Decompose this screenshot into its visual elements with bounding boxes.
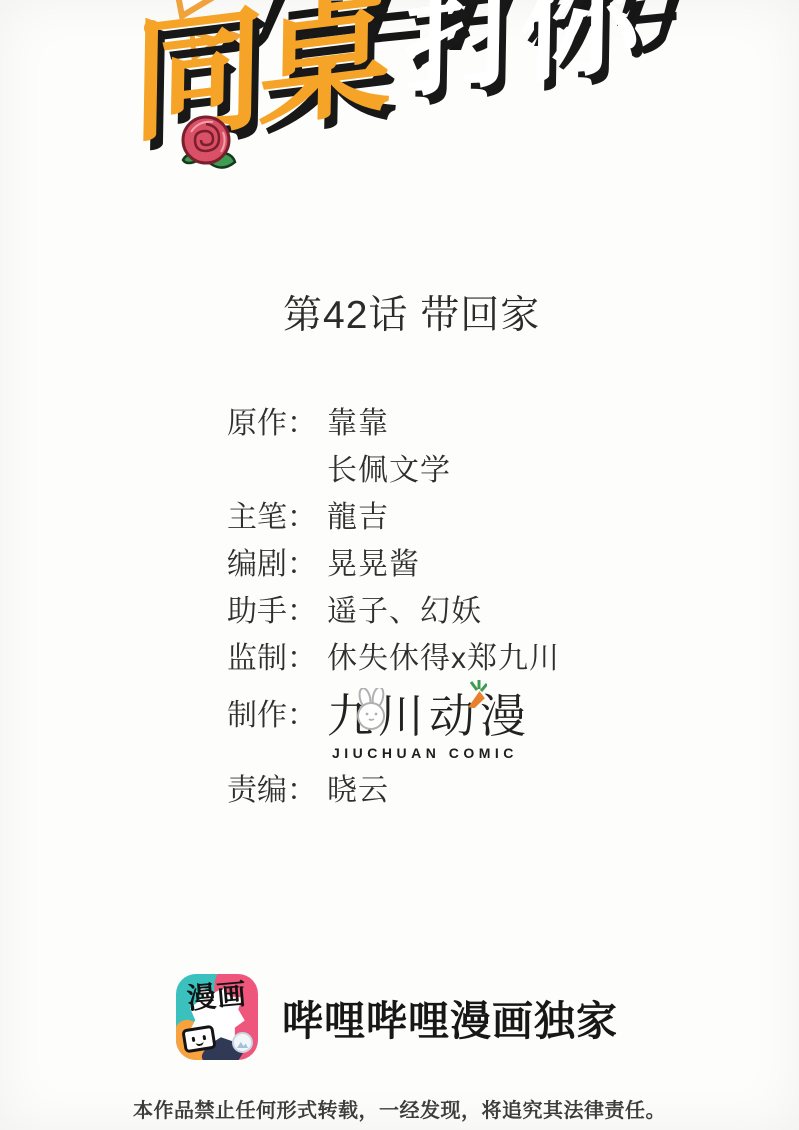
- series-logo: 同桌 打你: [0, 0, 799, 250]
- manga-app-icon-label: 漫画: [186, 980, 248, 1014]
- icon-round-badge: [232, 1032, 253, 1053]
- studio-logo: 九川动漫 JIUCHUAN COMIC: [327, 690, 531, 761]
- comic-credits-page: 同桌 打你 第42话 带回家 原作： 靠靠 长佩文学 主笔： 龍吉: [0, 0, 799, 1130]
- logo-orange-chars: 同桌: [130, 0, 386, 152]
- tv-face-icon: [181, 1025, 216, 1054]
- publisher-exclusive-text: 哔哩哔哩漫画独家: [282, 988, 618, 1047]
- credit-label: 责编：: [227, 775, 327, 806]
- credit-value: 晓云: [327, 775, 389, 806]
- credit-value: 遥子、幻妖: [327, 596, 482, 627]
- logo-white-chars: 打你: [404, 0, 636, 106]
- credit-label: 主笔：: [227, 502, 327, 533]
- credit-value: 龍吉: [327, 502, 389, 533]
- credit-row-lead-artist: 主笔： 龍吉: [227, 502, 687, 533]
- credit-label: 监制：: [227, 643, 327, 674]
- credit-row-supervisors: 监制： 休失休得x郑九川: [227, 643, 687, 674]
- carrot-icon: [461, 680, 487, 708]
- credit-label: 助手：: [227, 596, 327, 627]
- credit-row-assistants: 助手： 遥子、幻妖: [227, 596, 687, 627]
- rose-icon: [177, 110, 239, 176]
- copyright-disclaimer: 本作品禁止任何形式转载，一经发现，将追究其法律责任。: [0, 1094, 799, 1123]
- credits-list: 原作： 靠靠 长佩文学 主笔： 龍吉 编剧： 晃晃酱 助手： 遥子、幻妖 监制：…: [227, 408, 687, 822]
- chapter-title: 第42话 带回家: [283, 284, 540, 340]
- credit-row-editor: 责编： 晓云: [227, 775, 687, 806]
- credit-value: 休失休得x郑九川: [327, 643, 560, 674]
- credit-label: 制作：: [227, 690, 327, 731]
- studio-logotype-latin: JIUCHUAN COMIC: [327, 745, 531, 761]
- credit-row-screenwriter: 编剧： 晃晃酱: [227, 549, 687, 580]
- credit-value: 靠靠: [327, 408, 389, 439]
- credit-label: 原作：: [227, 408, 327, 439]
- bilibili-manga-app-icon: 漫画: [176, 974, 258, 1060]
- credit-row-publisher-source: 长佩文学: [227, 455, 687, 486]
- credit-value: 晃晃酱: [327, 549, 420, 580]
- credit-value: 长佩文学: [327, 455, 451, 486]
- credit-row-original-work: 原作： 靠靠: [227, 408, 687, 439]
- credit-row-production-studio: 制作：: [227, 690, 687, 761]
- publisher-branding: 漫画 哔哩哔哩漫画独家: [176, 974, 618, 1060]
- credit-label: 编剧：: [227, 549, 327, 580]
- bunny-icon: [353, 688, 389, 732]
